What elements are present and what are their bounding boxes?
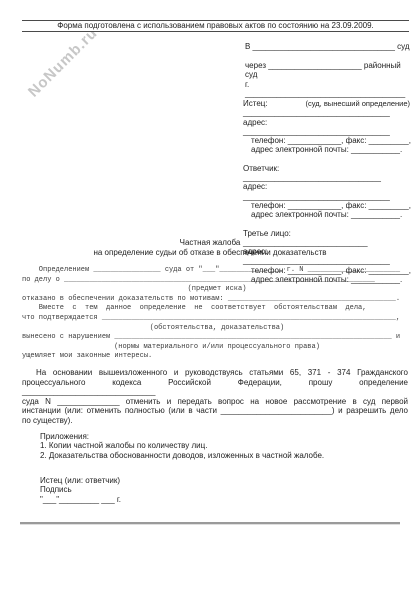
petition-line-5: по существу). <box>22 416 408 426</box>
plaintiff-email-line: адрес электронной почты: ___________. <box>243 145 415 154</box>
form-notice-text: Форма подготовлена с использованием прав… <box>57 21 374 30</box>
body-caption-law-norms: (нормы материального и/или процессуально… <box>22 343 412 353</box>
defendant-address-line: адрес: _________________________________ <box>243 182 415 201</box>
form-notice-band: Форма подготовлена с использованием прав… <box>22 20 409 32</box>
court-name-line: В ________________________________ суд <box>245 42 410 52</box>
attachments-heading: Приложения: <box>40 432 410 441</box>
attachment-item-1: 1. Копии частной жалобы по количеству ли… <box>40 441 410 450</box>
attachments-block: Приложения: 1. Копии частной жалобы по к… <box>40 432 410 460</box>
body-line-determination: Определением ________________ суда от "_… <box>22 266 412 276</box>
body-line-refusal-motives: отказано в обеспечении доказательств по … <box>22 295 412 305</box>
document-page: NoNumb.ru Форма подготовлена с использов… <box>0 0 420 600</box>
petition-line-3: суда N ______________ отменить и передат… <box>22 397 408 407</box>
signature-block: Истец (или: ответчик) Подпись "___"_____… <box>40 476 121 504</box>
document-title-line1: Частная жалоба <box>0 238 420 248</box>
body-line-disagreement: Вместе с тем данное определение не соотв… <box>22 304 412 314</box>
document-title-line2: на определение судьи об отказе в обеспеч… <box>0 248 420 258</box>
party-block-plaintiff: Истец: _________________________________… <box>243 99 415 155</box>
petition-line-1: На основании вышеизложенного и руководст… <box>22 368 408 378</box>
party-block-defendant: Ответчик: ______________________________… <box>243 164 415 220</box>
signature-party-line: Истец (или: ответчик) <box>40 476 121 485</box>
body-line-case-subject: по делу о ______________________________… <box>22 276 412 286</box>
petition-line-4: инстанции (или: отменить полностью (или … <box>22 406 408 416</box>
plaintiff-phone-line: телефон: ____________, факс: _________, <box>243 136 415 145</box>
plaintiff-name-line: Истец: _________________________________ <box>243 99 415 118</box>
bottom-divider <box>20 522 400 525</box>
court-city-line: г. ____________________________________ <box>245 80 410 99</box>
signature-sign-line: Подпись <box>40 485 121 494</box>
defendant-phone-line: телефон: ____________, факс: _________, <box>243 201 415 210</box>
body-caption-circumstances: (обстоятельства, доказательства) <box>22 324 412 334</box>
petition-paragraph: На основании вышеизложенного и руководст… <box>22 368 408 425</box>
body-line-confirmation: что подтверждается _____________________… <box>22 314 412 324</box>
defendant-email-line: адрес электронной почты: ___________. <box>243 210 415 219</box>
body-line-interests: ущемляет мои законные интересы. <box>22 352 412 362</box>
parties-block: Истец: _________________________________… <box>243 99 415 293</box>
body-caption-claim-subject: (предмет иска) <box>22 285 412 295</box>
plaintiff-address-line: адрес: _________________________________ <box>243 118 415 137</box>
via-district-court-line: через _____________________ районный суд <box>245 61 410 80</box>
petition-line-2: процессуального кодекса Российской Федер… <box>22 378 408 397</box>
body-line-violation: вынесено с нарушением __________________… <box>22 333 412 343</box>
attachment-item-2: 2. Доказательства обоснованности доводов… <box>40 451 410 460</box>
defendant-name-line: Ответчик: ______________________________… <box>243 164 415 183</box>
statement-body: Определением ________________ суда от "_… <box>22 266 412 362</box>
document-title: Частная жалоба на определение судьи об о… <box>0 238 420 257</box>
signature-date-line: "___"_________ ___ г. <box>40 495 121 504</box>
